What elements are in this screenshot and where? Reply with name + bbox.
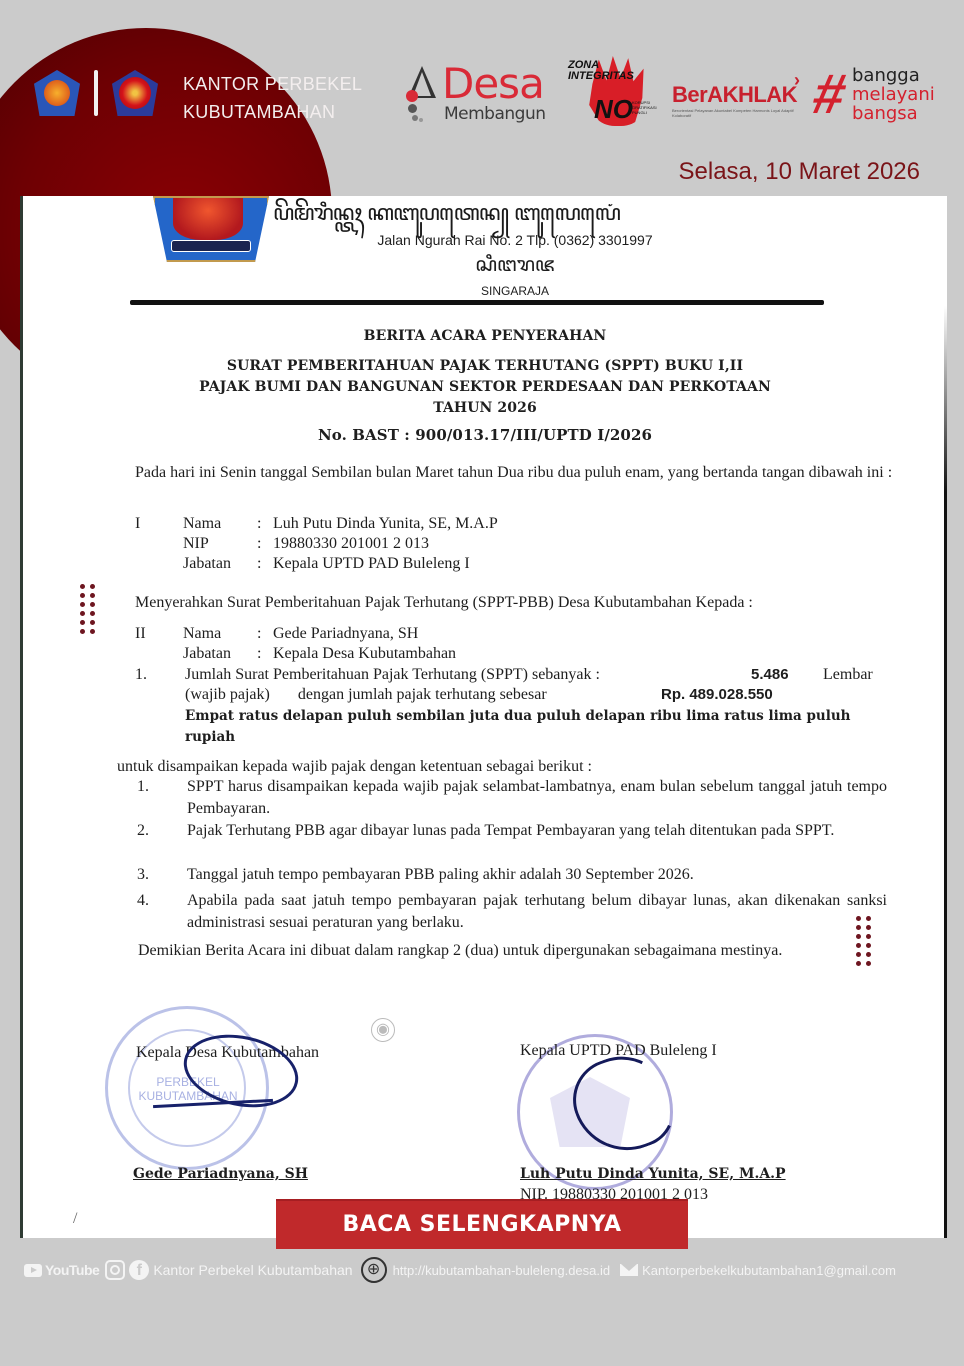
document-number: No. BAST : 900/013.17/III/UPTD I/2026 — [23, 426, 947, 444]
zona-integritas-logo: ZONA INTEGRITAS NO KORUPSI GRATIFIKASI P… — [566, 52, 662, 128]
berakhlak-subtitle: Berorientasi Pelayanan Akuntabel Kompete… — [672, 108, 812, 118]
bangga-line1: bangga — [852, 66, 964, 85]
desa-crest-icon — [112, 70, 158, 116]
office-name-line1: KANTOR PERBEKEL — [183, 70, 362, 98]
conditions-intro: untuk disampaikan kepada wajib pajak den… — [117, 756, 897, 777]
party-one-nip: NIP:19880330 201001 2 013 — [183, 534, 429, 554]
desa-logo-title: Desa — [442, 62, 544, 106]
header-logos — [34, 70, 158, 116]
letterhead-address: Jalan Ngurah Rai No. 2 Tlp. (0362) 33019… — [23, 232, 947, 248]
read-more-button[interactable]: BACA SELENGKAPNYA — [276, 1199, 688, 1249]
zona-no: NO — [594, 94, 633, 125]
party-two-name: Nama:Gede Pariadnyana, SH — [183, 624, 418, 644]
amount-in-words: Empat ratus delapan puluh sembilan juta … — [185, 706, 895, 748]
sppt-count: 5.486 — [751, 664, 789, 686]
paper-edge-shadow — [944, 306, 947, 1238]
letterhead-rule — [130, 300, 824, 305]
party-one-name: Nama:Luh Putu Dinda Yunita, SE, M.A.P — [183, 514, 498, 534]
mail-icon — [620, 1264, 638, 1276]
footer-contacts: YouTube f Kantor Perbekel Kubutambahan ⊕… — [24, 1256, 896, 1284]
globe-icon: ⊕ — [361, 1257, 387, 1283]
office-name-line2: KUBUTAMBAHAN — [183, 98, 362, 126]
desa-logo-subtitle: Membangun — [444, 104, 546, 124]
youtube-link[interactable]: YouTube — [24, 1262, 99, 1278]
decorative-dots-left — [80, 584, 96, 634]
pen-mark: / — [73, 1210, 77, 1228]
facebook-icon[interactable]: f — [129, 1260, 149, 1280]
logo-divider — [94, 70, 98, 116]
left-signer-name: Gede Pariadnyana, SH — [133, 1166, 308, 1182]
instagram-icon[interactable] — [105, 1260, 125, 1280]
bangga-line2: melayani — [852, 85, 964, 104]
zona-small-text: KORUPSI GRATIFIKASI PUNGLI — [632, 100, 662, 115]
document-subtitle: SURAT PEMBERITAHUAN PAJAK TERHUTANG (SPP… — [23, 356, 947, 419]
email-link[interactable]: Kantorperbekelkubutambahan1@gmail.com — [642, 1263, 896, 1278]
buleleng-crest-icon — [34, 70, 80, 116]
berakhlak-logo: › BerAKHLAK Berorientasi Pelayanan Akunt… — [672, 82, 812, 118]
party-two-position: Jabatan:Kepala Desa Kubutambahan — [183, 644, 456, 664]
decorative-dots-right — [856, 916, 872, 966]
document-scan: ꦥꦼꦩꦼꦫꦶꦤ꧀ꦠꦃ ꦏꦧꦸꦥꦠꦺꦤ꧀ ꦧꦸꦭꦺꦭꦺꦁ Jalan Ngurah… — [20, 196, 947, 1238]
berakhlak-title: BerAKHLAK — [672, 82, 812, 108]
website-link[interactable]: http://kubutambahan-buleleng.desa.id — [393, 1263, 611, 1278]
office-name: KANTOR PERBEKEL KUBUTAMBAHAN — [183, 70, 362, 126]
party-one-position: Jabatan:Kepala UPTD PAD Buleleng I — [183, 554, 470, 574]
post-date: Selasa, 10 Maret 2026 — [679, 158, 921, 186]
tax-amount: Rp. 489.028.550 — [661, 684, 773, 706]
letterhead-city: SINGARAJA — [23, 284, 947, 298]
hashtag-icon: # — [808, 66, 851, 122]
bangga-line3: bangsa — [852, 104, 964, 123]
right-signer-name: Luh Putu Dinda Yunita, SE, M.A.P — [520, 1166, 786, 1182]
closing-paragraph: Demikian Berita Acara ini dibuat dalam r… — [138, 940, 868, 961]
chevron-right-icon: › — [794, 70, 800, 91]
intro-paragraph: Pada hari ini Senin tanggal Sembilan bul… — [135, 462, 895, 483]
youtube-icon — [24, 1264, 42, 1277]
document-title: BERITA ACARA PENYERAHAN — [23, 328, 947, 344]
handover-paragraph: Menyerahkan Surat Pemberitahuan Pajak Te… — [135, 592, 895, 613]
desa-membangun-logo: Desa Membangun — [404, 62, 544, 126]
zona-text: ZONA INTEGRITAS — [568, 60, 634, 82]
social-account-name: Kantor Perbekel Kubutambahan — [153, 1262, 352, 1278]
globe-watermark-icon: ◉ — [371, 1018, 395, 1042]
